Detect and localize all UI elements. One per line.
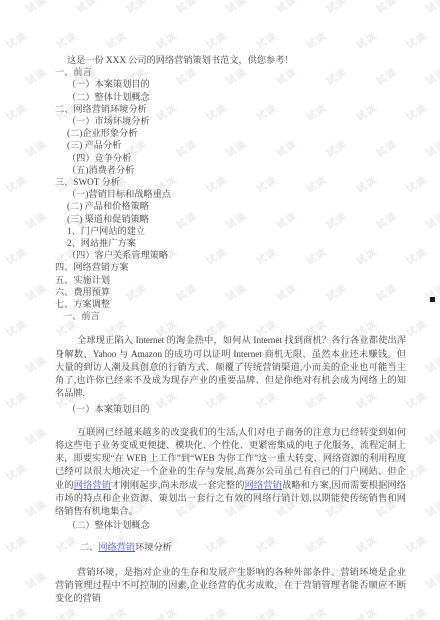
inline-link[interactable]: 网络营销 <box>74 480 111 490</box>
watermark-text: 试读 <box>3 99 30 123</box>
document-page: 试读试读试读试读试读试读试读试读试读试读试读试读试读试读试读试读试读试读试读试读… <box>0 0 440 620</box>
watermark-text: 试读 <box>23 0 50 16</box>
toc-item: （一）本案策划目的 <box>67 78 406 90</box>
toc-item: (二) 产品和价格策略 <box>67 200 406 212</box>
watermark-text: 试读 <box>23 495 50 519</box>
toc-item: 五、实施计划 <box>55 274 406 286</box>
toc-item: 三、SWOT 分析 <box>55 176 406 188</box>
toc-item: 2、网站推广方案 <box>67 237 406 249</box>
watermark-text: 试读 <box>23 207 50 231</box>
watermark-text: 试读 <box>73 0 100 16</box>
watermark-text: 试读 <box>3 387 30 411</box>
text-run: （一）本案策划目的 <box>67 404 150 414</box>
section-heading: （一）本案策划目的 <box>67 403 406 415</box>
watermark-text: 试读 <box>23 135 50 159</box>
watermark-text: 试读 <box>403 387 430 411</box>
toc-item: 1、门户网站的建立 <box>67 225 406 237</box>
paragraph: 互联网已经越来越多的改变我们的生活,人们对电子商务的注意力已经转变到如何将这些电… <box>55 426 406 518</box>
watermark-text: 试读 <box>53 27 80 51</box>
inline-link[interactable]: 网络营销 <box>245 480 282 490</box>
watermark-text: 试读 <box>403 171 430 195</box>
table-of-contents: 一、前言（一）本案策划目的（二）整体计划概念二、网络营销环境分析（一）市场环境分… <box>55 66 406 310</box>
watermark-text: 试读 <box>103 603 130 620</box>
watermark-text: 试读 <box>23 279 50 303</box>
watermark-text: 试读 <box>3 315 30 339</box>
watermark-text: 试读 <box>373 0 400 16</box>
watermark-text: 试读 <box>323 0 350 16</box>
watermark-text: 试读 <box>403 27 430 51</box>
watermark-text: 试读 <box>423 135 440 159</box>
doc-intro-line: 这是一份 XXX 公司的网络营销策划书范文，供您参考！ <box>67 54 406 66</box>
watermark-text: 试读 <box>423 207 440 231</box>
watermark-text: 试读 <box>3 27 30 51</box>
watermark-text: 试读 <box>3 243 30 267</box>
watermark-text: 试读 <box>423 567 440 591</box>
watermark-text: 试读 <box>103 27 130 51</box>
watermark-text: 试读 <box>203 27 230 51</box>
watermark-text: 试读 <box>423 63 440 87</box>
watermark-text: 试读 <box>23 63 50 87</box>
watermark-text: 试读 <box>23 567 50 591</box>
paragraph: 全球现正陷入 Internet 的淘金热中，如何从 Internet 找到商机？… <box>55 334 406 400</box>
text-run: 二、 <box>80 542 98 552</box>
document-body: 一、前言全球现正陷入 Internet 的淘金热中，如何从 Internet 找… <box>55 310 406 605</box>
watermark-text: 试读 <box>253 27 280 51</box>
watermark-text: 试读 <box>173 0 200 16</box>
watermark-text: 试读 <box>123 0 150 16</box>
watermark-text: 试读 <box>423 351 440 375</box>
watermark-text: 试读 <box>353 27 380 51</box>
toc-item: 七、方案调整 <box>55 298 406 310</box>
watermark-text: 试读 <box>403 99 430 123</box>
watermark-text: 试读 <box>153 27 180 51</box>
toc-item: (三) 渠道和促销策略 <box>67 213 406 225</box>
text-run: 一、前言 <box>63 311 100 321</box>
watermark-text: 试读 <box>3 459 30 483</box>
toc-item: (二)企业形象分析 <box>67 127 406 139</box>
paragraph: 营销环境，是指对企业的生存和发展产生影响的各种外部条件。营销环境是企业营销管理过… <box>55 566 406 606</box>
watermark-text: 试读 <box>353 603 380 620</box>
toc-item: (三) 产品分析 <box>67 139 406 151</box>
toc-item: 六、费用预算 <box>55 286 406 298</box>
inline-link[interactable]: 网络营销 <box>98 542 135 552</box>
watermark-text: 试读 <box>223 0 250 16</box>
page-marker-dot <box>430 297 435 302</box>
toc-item: （四）客户关系管理策略 <box>67 249 406 261</box>
text-run: 环境分析 <box>135 542 172 552</box>
watermark-text: 试读 <box>23 423 50 447</box>
text-run: （二）整体计划概念 <box>67 520 150 530</box>
watermark-text: 试读 <box>253 603 280 620</box>
watermark-text: 试读 <box>423 0 440 16</box>
watermark-text: 试读 <box>403 603 430 620</box>
toc-item: 一、前言 <box>55 66 406 78</box>
text-run: 才刚刚起步,尚未形成一套完整的 <box>111 480 244 490</box>
watermark-text: 试读 <box>303 603 330 620</box>
watermark-text: 试读 <box>3 171 30 195</box>
watermark-text: 试读 <box>203 603 230 620</box>
watermark-text: 试读 <box>403 531 430 555</box>
watermark-text: 试读 <box>403 315 430 339</box>
watermark-text: 试读 <box>423 495 440 519</box>
toc-item: （二）整体计划概念 <box>67 91 406 103</box>
watermark-text: 试读 <box>403 459 430 483</box>
watermark-text: 试读 <box>53 603 80 620</box>
toc-item: （一）市场环境分析 <box>67 115 406 127</box>
watermark-text: 试读 <box>23 351 50 375</box>
section-heading: （二）整体计划概念 <box>67 519 406 531</box>
text-run: 全球现正陷入 Internet 的淘金热中，如何从 Internet 找到商机？… <box>55 335 406 398</box>
toc-item: （一)营销目标和战略重点 <box>67 188 406 200</box>
watermark-text: 试读 <box>303 27 330 51</box>
watermark-text: 试读 <box>273 0 300 16</box>
toc-item: （四）竞争分析 <box>67 152 406 164</box>
toc-item: （五)消费者分析 <box>67 164 406 176</box>
toc-item: 四、网络营销方案 <box>55 261 406 273</box>
toc-item: 二、网络营销环境分析 <box>55 103 406 115</box>
section-heading: 一、前言 <box>63 310 406 322</box>
watermark-text: 试读 <box>403 243 430 267</box>
text-run: 营销环境，是指对企业的生存和发展产生影响的各种外部条件。营销环境是企业营销管理过… <box>55 567 406 603</box>
section-heading: 二、网络营销环境分析 <box>80 541 406 553</box>
watermark-text: 试读 <box>3 531 30 555</box>
document-content: 这是一份 XXX 公司的网络营销策划书范文，供您参考！ 一、前言（一）本案策划目… <box>55 54 406 605</box>
watermark-text: 试读 <box>3 603 30 620</box>
watermark-text: 试读 <box>423 423 440 447</box>
watermark-text: 试读 <box>153 603 180 620</box>
